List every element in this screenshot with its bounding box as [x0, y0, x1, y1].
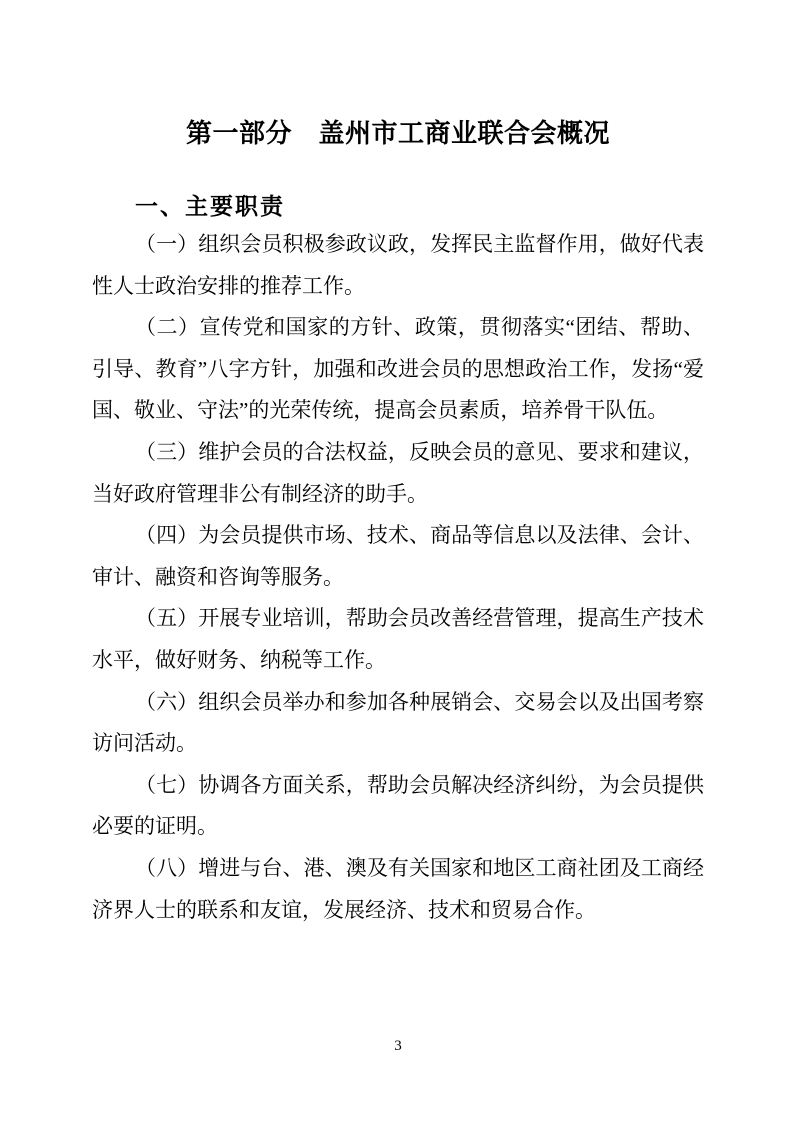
section-heading: 一、主要职责 — [135, 190, 285, 222]
paragraph: （五）开展专业培训，帮助会员改善经营管理，提高生产技术水平，做好财务、纳税等工作… — [92, 598, 704, 681]
paragraph: （七）协调各方面关系，帮助会员解决经济纠纷，为会员提供必要的证明。 — [92, 765, 704, 848]
paragraph: （四）为会员提供市场、技术、商品等信息以及法律、会计、审计、融资和咨询等服务。 — [92, 515, 704, 598]
paragraph: （三）维护会员的合法权益，反映会员的意见、要求和建议，当好政府管理非公有制经济的… — [92, 432, 704, 515]
paragraph: （二）宣传党和国家的方针、政策，贯彻落实“团结、帮助、引导、教育”八字方针，加强… — [92, 307, 704, 432]
page-title: 第一部分 盖州市工商业联合会概况 — [92, 112, 704, 154]
document-content: 第一部分 盖州市工商业联合会概况 一、主要职责 （一）组织会员积极参政议政，发挥… — [92, 0, 704, 1122]
paragraph: （八）增进与台、港、澳及有关国家和地区工商社团及工商经济界人士的联系和友谊，发展… — [92, 848, 704, 931]
paragraph: （一）组织会员积极参政议政，发挥民主监督作用，做好代表性人士政治安排的推荐工作。 — [92, 224, 704, 307]
document-body: （一）组织会员积极参政议政，发挥民主监督作用，做好代表性人士政治安排的推荐工作。… — [92, 224, 704, 931]
paragraph: （六）组织会员举办和参加各种展销会、交易会以及出国考察访问活动。 — [92, 682, 704, 765]
document-page: 第一部分 盖州市工商业联合会概况 一、主要职责 （一）组织会员积极参政议政，发挥… — [0, 0, 793, 1122]
page-number: 3 — [92, 1036, 704, 1056]
